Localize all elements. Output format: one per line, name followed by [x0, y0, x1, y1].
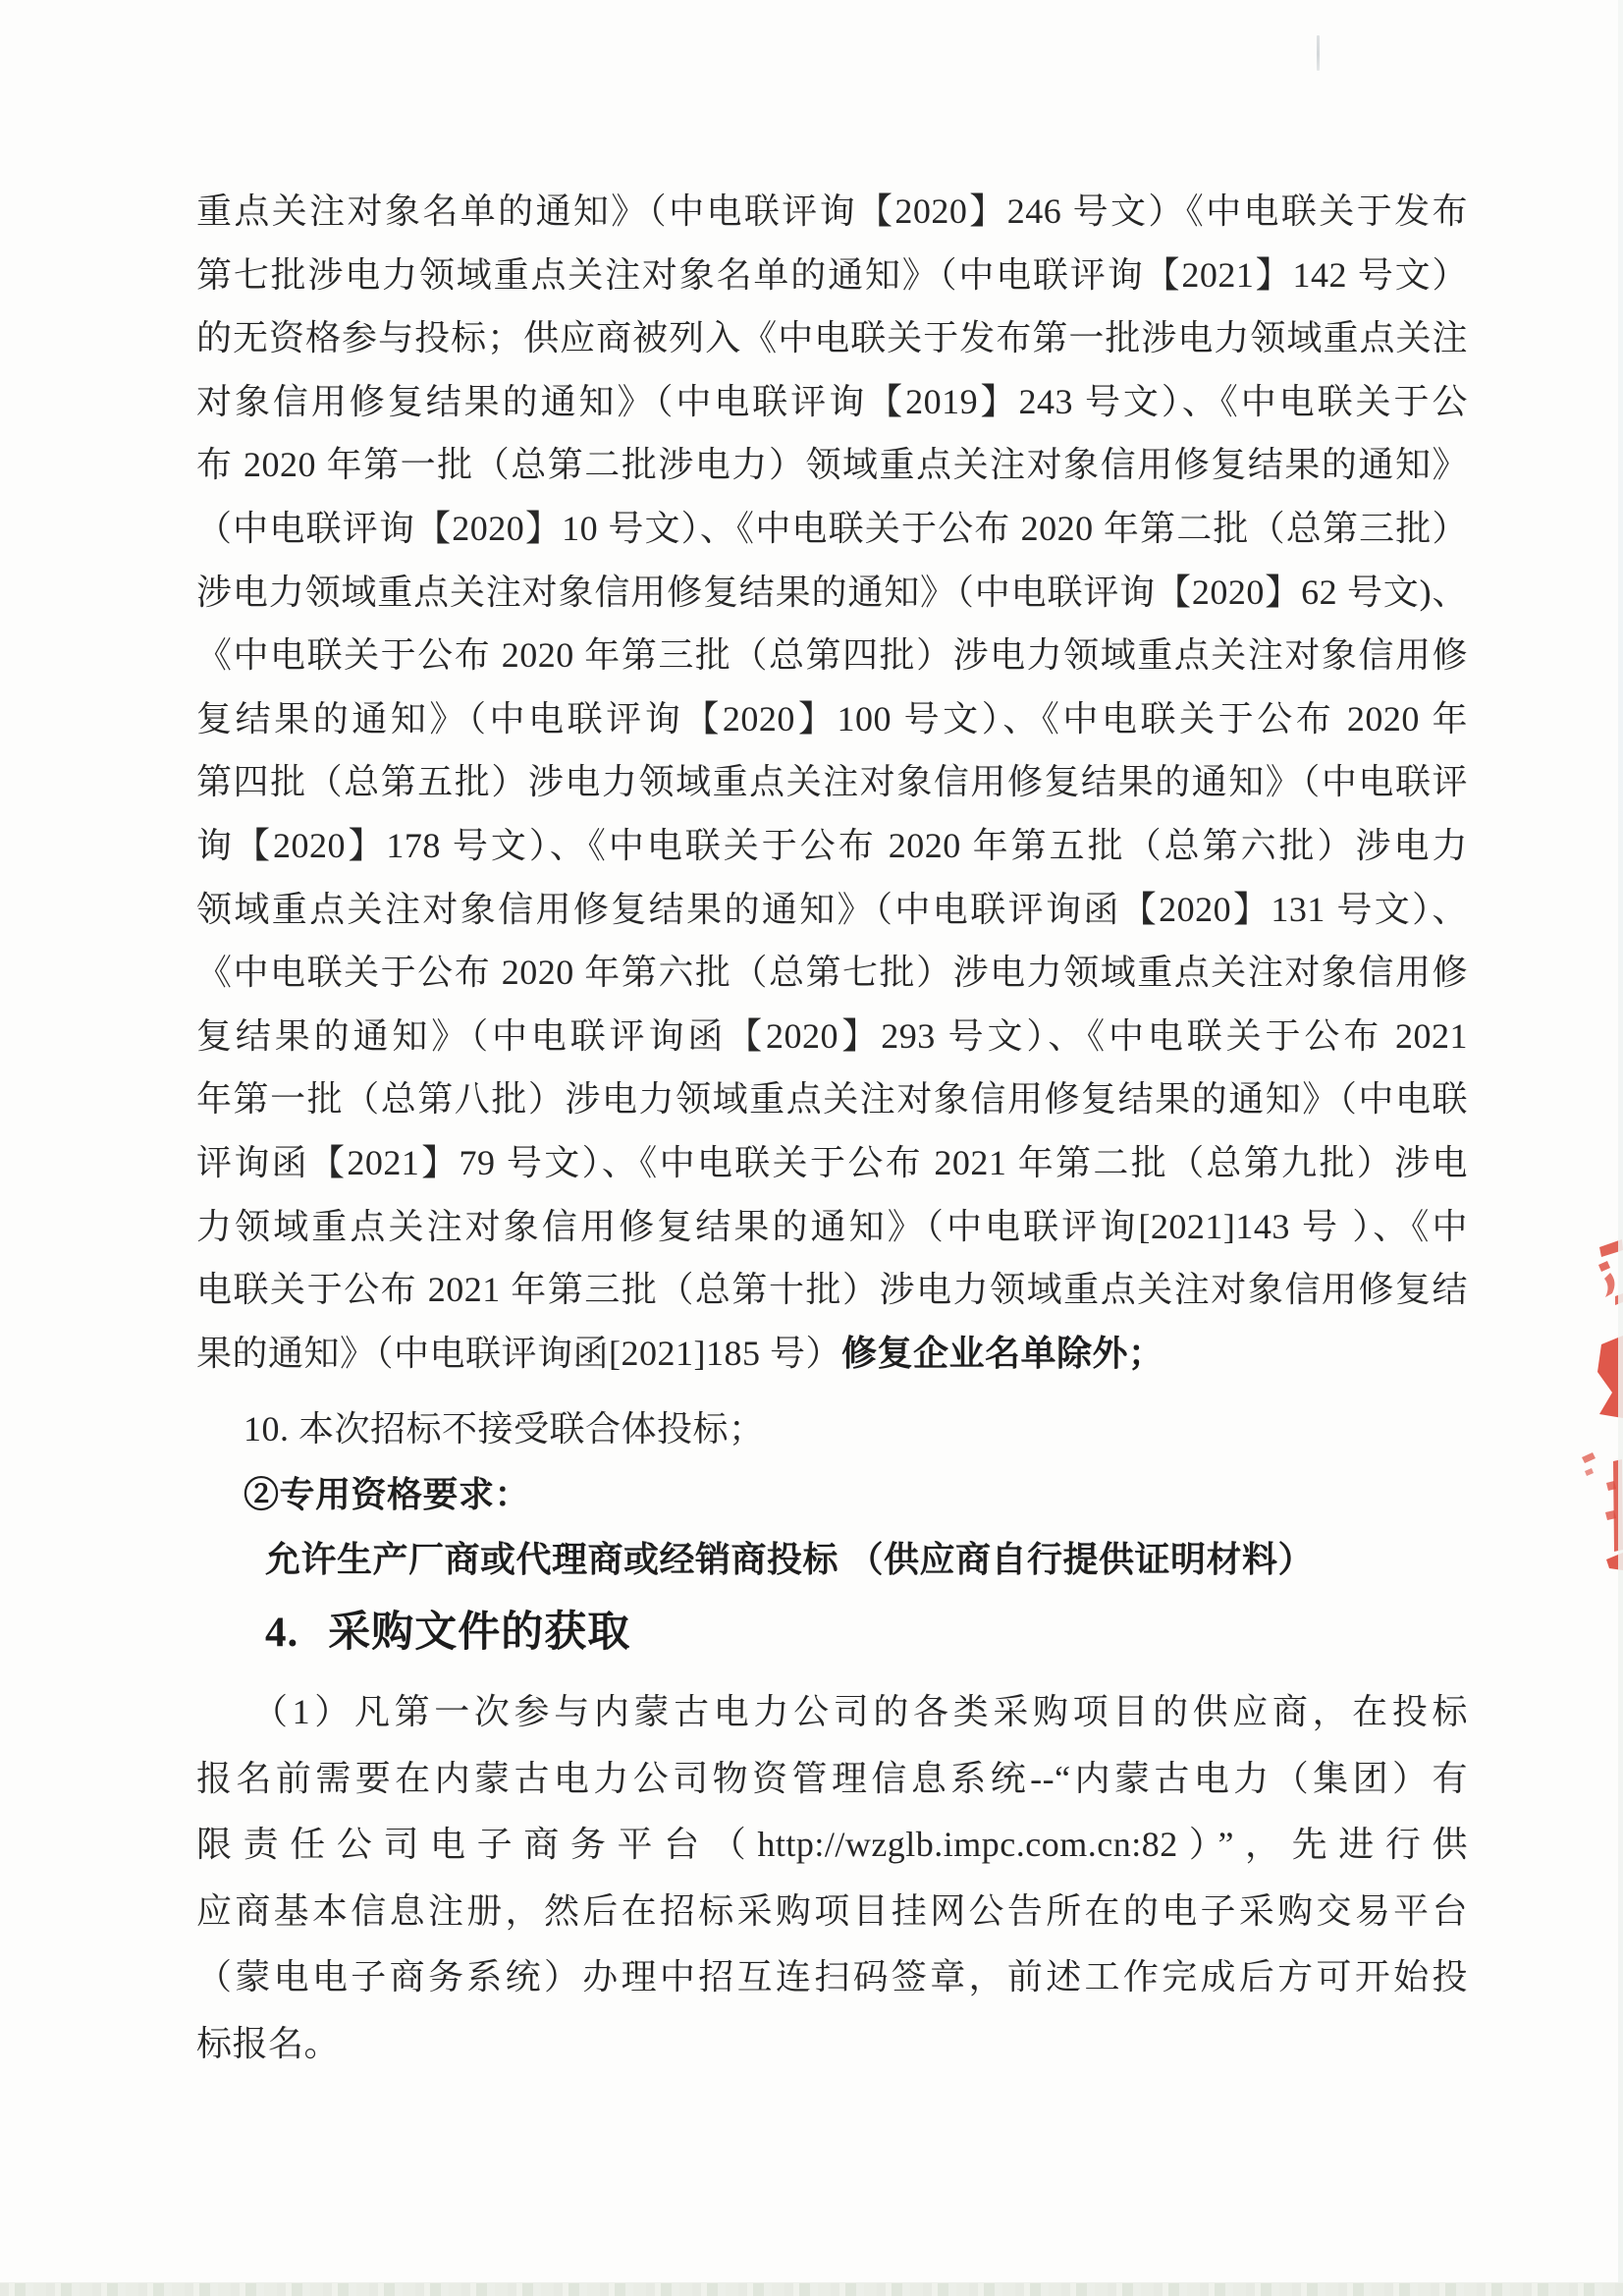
section-4-heading: 4.采购文件的获取 — [265, 1599, 630, 1667]
text-line: 限责任公司电子商务平台（http://wzglb.impc.com.cn:82）… — [196, 1812, 1468, 1879]
section-number: 4. — [265, 1599, 298, 1667]
text-line: 《中电联关于公布 2020 年第六批（总第七批）涉电力领域重点关注对象信用修 — [196, 941, 1468, 1005]
bold-text-segment: 修复企业名单除外； — [841, 1334, 1164, 1373]
text-line: 重点关注对象名单的通知》（中电联评询【2020】246 号文）《中电联关于发布 — [196, 180, 1468, 244]
text-line-with-bold-tail: 果的通知》（中电联评询函[2021]185 号）修复企业名单除外； — [196, 1322, 1468, 1386]
section-title: 采购文件的获取 — [328, 1610, 630, 1656]
text-line: （蒙电电子商务系统）办理中招互连扫码签章，前述工作完成后方可开始投 — [196, 1944, 1468, 2011]
text-line: 标报名。 — [196, 2011, 1468, 2078]
text-line: 年第一批（总第八批）涉电力领域重点关注对象信用修复结果的通知》（中电联 — [196, 1067, 1468, 1131]
text-line: 复结果的通知》（中电联评询【2020】100 号文）、《中电联关于公布 2020… — [196, 687, 1468, 751]
red-seal-fragment — [1569, 1226, 1623, 1581]
text-line: 应商基本信息注册，然后在招标采购项目挂网公告所在的电子采购交易平台 — [196, 1879, 1468, 1945]
text-line: 力领域重点关注对象信用修复结果的通知》（中电联评询[2021]143 号 ）、《… — [196, 1195, 1468, 1259]
special-qualification-heading: ②专用资格要求： — [196, 1463, 1515, 1527]
text-line: 电联关于公布 2021 年第三批（总第十批）涉电力领域重点关注对象信用修复结 — [196, 1258, 1468, 1322]
text-line: 询【2020】178 号文）、《中电联关于公布 2020 年第五批（总第六批）涉… — [196, 814, 1468, 878]
text-line: 布 2020 年第一批（总第二批涉电力）领域重点关注对象信用修复结果的通知》 — [196, 433, 1468, 497]
text-line: 《中电联关于公布 2020 年第三批（总第四批）涉电力领域重点关注对象信用修 — [196, 624, 1468, 687]
scanned-document-page: 重点关注对象名单的通知》（中电联评询【2020】246 号文）《中电联关于发布 … — [0, 0, 1623, 2296]
text-line: （中电联评询【2020】10 号文）、《中电联关于公布 2020 年第二批（总第… — [196, 497, 1468, 561]
special-qualification-body: 允许生产厂商或代理商或经销商投标 （供应商自行提供证明材料） — [196, 1528, 1537, 1592]
text-segment: 果的通知》（中电联评询函[2021]185 号） — [196, 1334, 841, 1373]
text-line: 对象信用修复结果的通知》（中电联评询【2019】243 号文）、《中电联关于公 — [196, 370, 1468, 434]
scan-edge-right — [1618, 0, 1623, 2296]
text-line: （1）凡第一次参与内蒙古电力公司的各类采购项目的供应商，在投标 — [196, 1679, 1468, 1746]
text-line: 复结果的通知》（中电联评询函【2020】293 号文）、《中电联关于公布 202… — [196, 1005, 1468, 1068]
paragraph-1: 重点关注对象名单的通知》（中电联评询【2020】246 号文）《中电联关于发布 … — [196, 180, 1468, 1385]
text-line: 报名前需要在内蒙古电力公司物资管理信息系统--“内蒙古电力（集团）有 — [196, 1746, 1468, 1813]
paragraph-2: （1）凡第一次参与内蒙古电力公司的各类采购项目的供应商，在投标 报名前需要在内蒙… — [196, 1679, 1468, 2077]
scan-edge-bottom — [0, 2282, 1623, 2296]
scan-artifact-tick — [1317, 35, 1320, 71]
text-line: 第七批涉电力领域重点关注对象名单的通知》（中电联评询【2021】142 号文） — [196, 244, 1468, 307]
item-10-line: 10. 本次招标不接受联合体投标； — [196, 1397, 1515, 1461]
text-line: 领域重点关注对象信用修复结果的通知》（中电联评询函【2020】131 号文）、 — [196, 878, 1468, 942]
text-line: 的无资格参与投标；供应商被列入《中电联关于发布第一批涉电力领域重点关注 — [196, 306, 1468, 370]
text-line: 评询函【2021】79 号文）、《中电联关于公布 2021 年第二批（总第九批）… — [196, 1131, 1468, 1195]
text-line: 第四批（总第五批）涉电力领域重点关注对象信用修复结果的通知》（中电联评 — [196, 750, 1468, 814]
text-line: 涉电力领域重点关注对象信用修复结果的通知》（中电联评询【2020】62 号文)、 — [196, 561, 1468, 625]
